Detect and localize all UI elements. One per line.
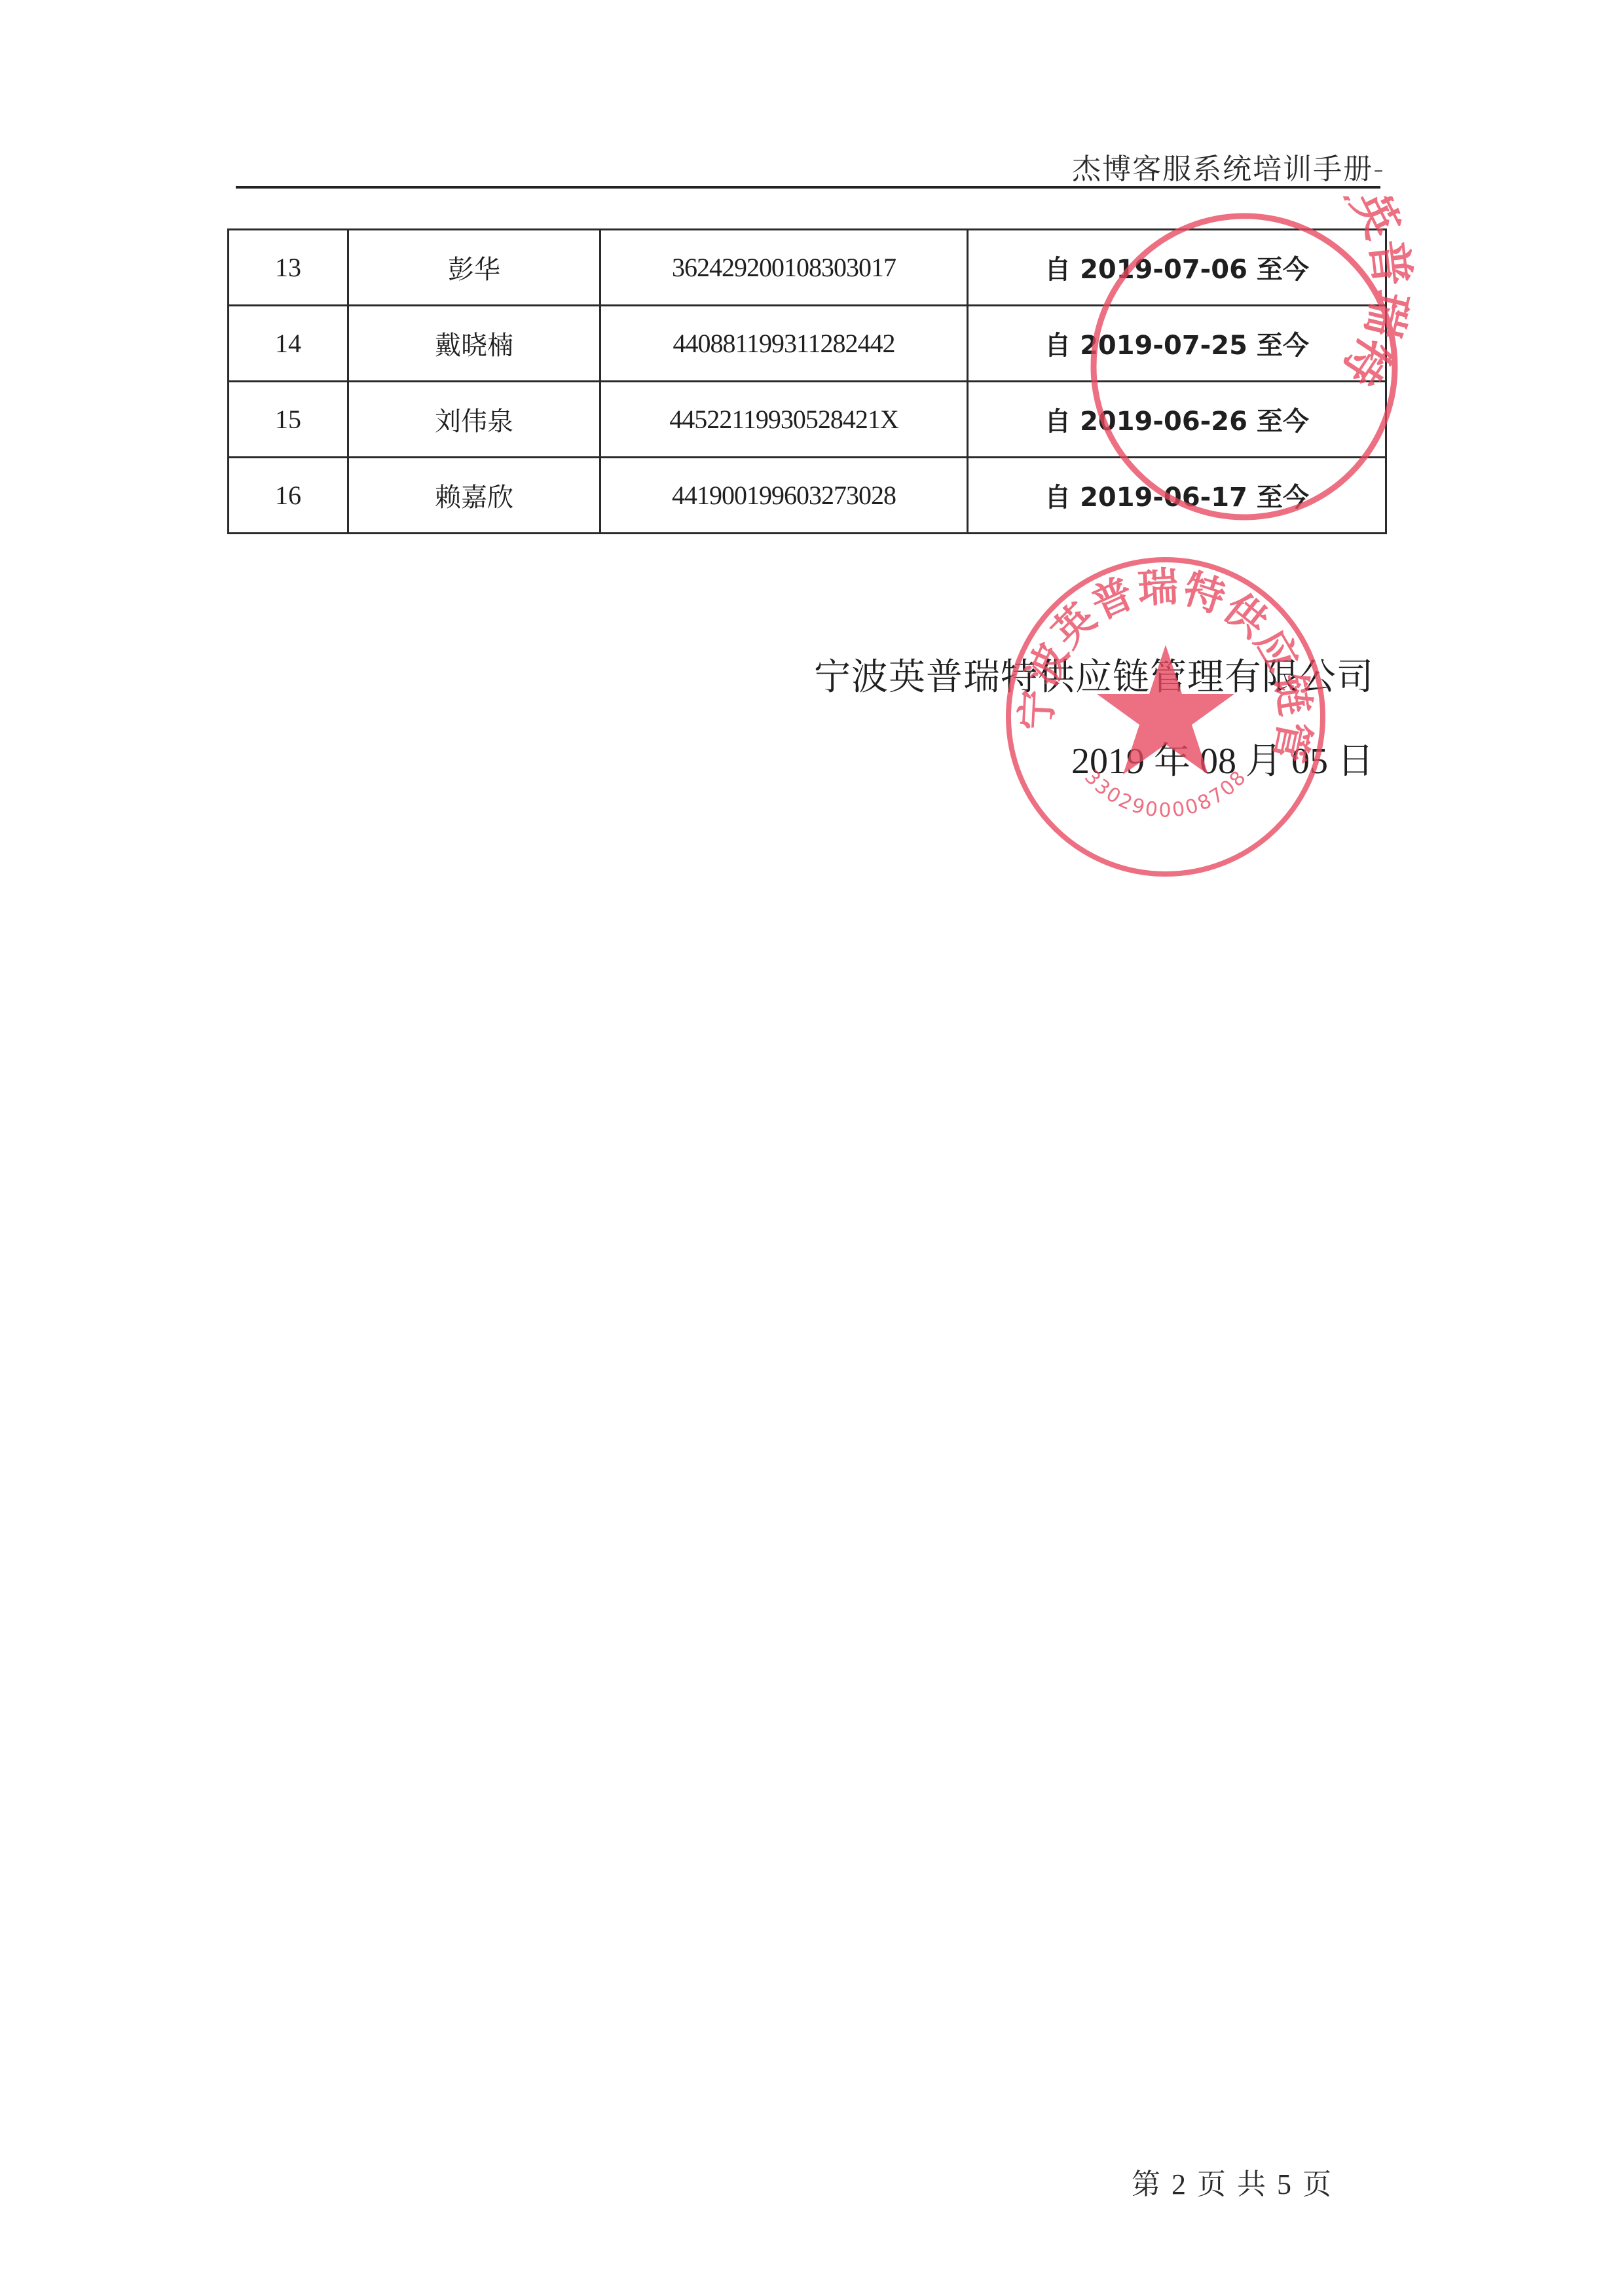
company-seal-icon: 宁波英普瑞特供应链管理有限公司 3302900008708 [995, 547, 1336, 887]
header-divider [236, 186, 1380, 189]
id-number: 440881199311282442 [600, 306, 968, 382]
row-number: 13 [229, 230, 348, 306]
employee-name: 戴晓楠 [348, 306, 600, 382]
id-number: 441900199603273028 [600, 458, 968, 534]
employee-name: 刘伟泉 [348, 382, 600, 458]
row-number: 14 [229, 306, 348, 382]
employment-period: 自 2019-07-25 至今 [968, 306, 1386, 382]
id-number: 44522119930528421X [600, 382, 968, 458]
id-number: 362429200108303017 [600, 230, 968, 306]
table-row: 13 彭华 362429200108303017 自 2019-07-06 至今 [229, 230, 1386, 306]
employee-name: 赖嘉欣 [348, 458, 600, 534]
company-name: 宁波英普瑞特供应链管理有限公司 [814, 648, 1374, 701]
row-number: 16 [229, 458, 348, 534]
table-row: 16 赖嘉欣 441900199603273028 自 2019-06-17 至… [229, 458, 1386, 534]
employee-name: 彭华 [348, 230, 600, 306]
row-number: 15 [229, 382, 348, 458]
employment-period: 自 2019-06-17 至今 [968, 458, 1386, 534]
employment-period: 自 2019-06-26 至今 [968, 382, 1386, 458]
table-row: 14 戴晓楠 440881199311282442 自 2019-07-25 至… [229, 306, 1386, 382]
table-row: 15 刘伟泉 44522119930528421X 自 2019-06-26 至… [229, 382, 1386, 458]
document-header-title: 杰博客服系统培训手册- [1072, 145, 1385, 187]
employment-period: 自 2019-07-06 至今 [968, 230, 1386, 306]
page-indicator: 第 2 页 共 5 页 [1132, 2160, 1331, 2202]
employee-table: 13 彭华 362429200108303017 自 2019-07-06 至今… [227, 228, 1387, 534]
signature-date: 2019 年 08 月 05 日 [1071, 732, 1374, 784]
